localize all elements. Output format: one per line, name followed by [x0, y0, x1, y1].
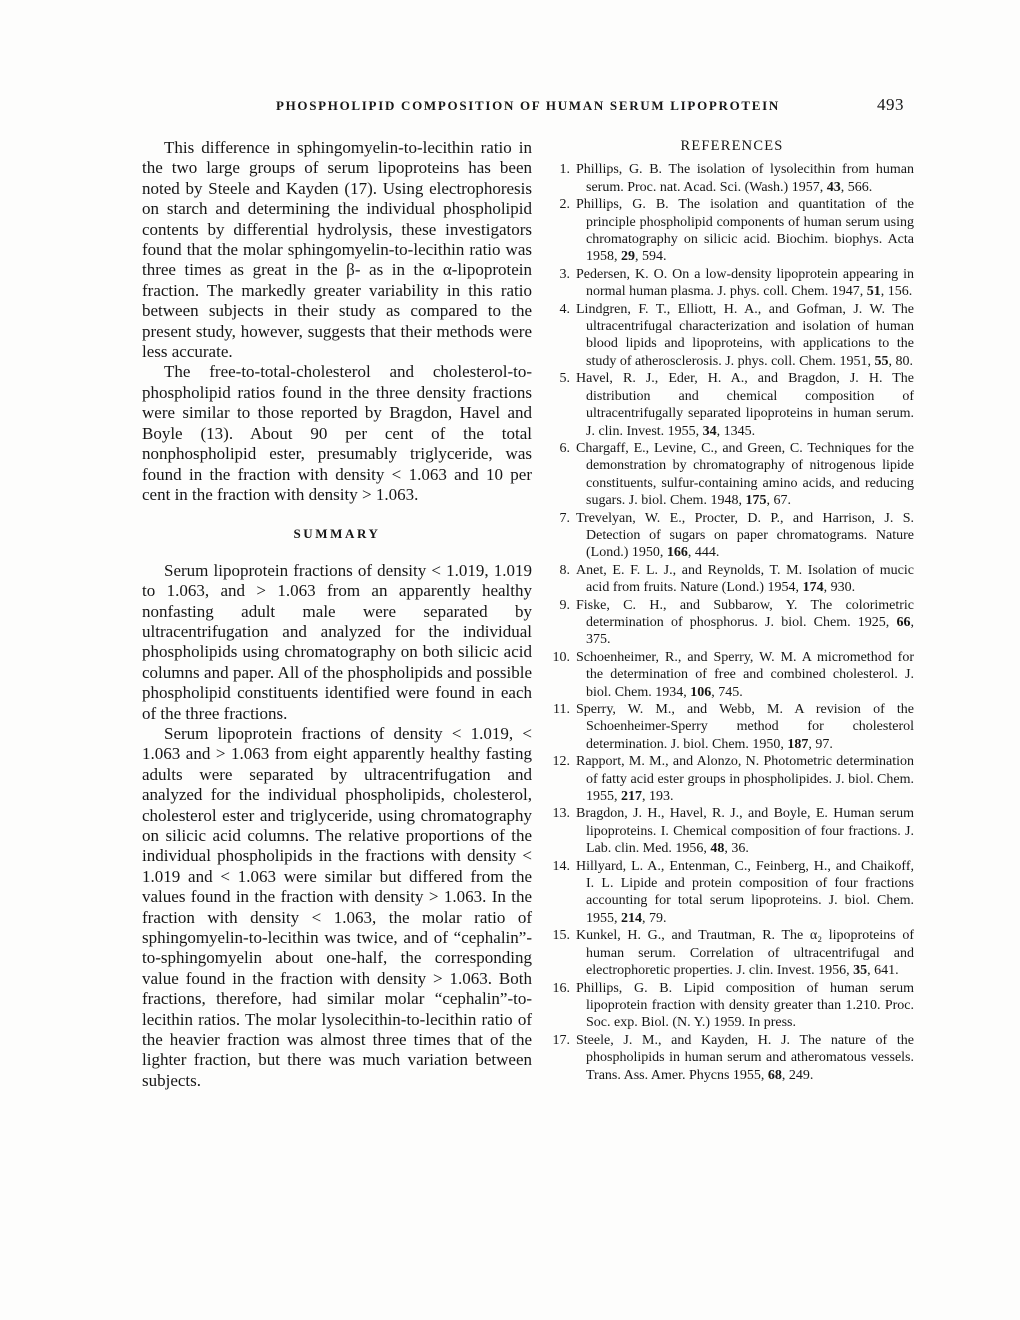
summary-paragraph: Serum lipoprotein fractions of density <… [142, 724, 532, 1091]
reference-number: 13. [550, 805, 570, 822]
reference-volume: 217 [621, 789, 642, 804]
reference-number: 2. [550, 196, 570, 213]
reference-text: Schoenheimer, R., and Sperry, W. M. A mi… [576, 650, 914, 700]
reference-volume: 68 [768, 1068, 782, 1083]
reference-volume: 48 [710, 841, 724, 856]
reference-item: 11.Sperry, W. M., and Webb, M. A revisio… [550, 701, 914, 753]
reference-volume: 55 [875, 354, 889, 369]
reference-pages: , 641. [867, 963, 899, 978]
references-list: 1.Phillips, G. B. The isolation of lysol… [550, 161, 914, 1084]
page-header: PHOSPHOLIPID COMPOSITION OF HUMAN SERUM … [142, 98, 914, 120]
reference-item: 12.Rapport, M. M., and Alonzo, N. Photom… [550, 753, 914, 805]
reference-item: 9.Fiske, C. H., and Subbarow, Y. The col… [550, 597, 914, 649]
reference-text: Steele, J. M., and Kayden, H. J. The nat… [576, 1033, 914, 1083]
reference-item: 14.Hillyard, L. A., Entenman, C., Feinbe… [550, 858, 914, 928]
reference-pages: , 930. [824, 580, 856, 595]
reference-item: 6.Chargaff, E., Levine, C., and Green, C… [550, 440, 914, 510]
reference-text: Lindgren, F. T., Elliott, H. A., and Gof… [576, 302, 914, 369]
reference-number: 3. [550, 266, 570, 283]
reference-number: 11. [550, 701, 570, 718]
reference-number: 5. [550, 370, 570, 387]
reference-pages: , 79. [642, 911, 667, 926]
reference-number: 16. [550, 980, 570, 997]
reference-pages: , 1345. [717, 424, 756, 439]
reference-number: 6. [550, 440, 570, 457]
reference-item: 5.Havel, R. J., Eder, H. A., and Bragdon… [550, 370, 914, 440]
reference-pages: , 67. [766, 493, 791, 508]
reference-number: 4. [550, 301, 570, 318]
reference-volume: 35 [853, 963, 867, 978]
reference-pages: , 97. [808, 737, 833, 752]
reference-pages: , 594. [635, 249, 667, 264]
references-heading: REFERENCES [550, 138, 914, 155]
reference-item: 1.Phillips, G. B. The isolation of lysol… [550, 161, 914, 196]
reference-pages: , 745. [711, 685, 743, 700]
page-number: 493 [877, 95, 904, 115]
body-paragraph: This difference in sphingomyelin-to-leci… [142, 138, 532, 362]
summary-heading: SUMMARY [142, 524, 532, 544]
reference-pages: , 80. [889, 354, 914, 369]
running-title: PHOSPHOLIPID COMPOSITION OF HUMAN SERUM … [142, 98, 914, 114]
reference-number: 10. [550, 649, 570, 666]
reference-pages: , 193. [642, 789, 674, 804]
reference-volume: 106 [690, 685, 711, 700]
two-column-body: This difference in sphingomyelin-to-leci… [142, 138, 914, 1091]
reference-text: Trevelyan, W. E., Procter, D. P., and Ha… [576, 511, 914, 561]
reference-number: 17. [550, 1032, 570, 1049]
page-content: PHOSPHOLIPID COMPOSITION OF HUMAN SERUM … [142, 98, 914, 1091]
reference-pages: , 444. [688, 545, 720, 560]
reference-number: 8. [550, 562, 570, 579]
reference-volume: 175 [745, 493, 766, 508]
reference-volume: 166 [667, 545, 688, 560]
reference-volume: 43 [827, 180, 841, 195]
reference-item: 16.Phillips, G. B. Lipid composition of … [550, 980, 914, 1032]
reference-pages: , 249. [782, 1068, 814, 1083]
reference-number: 12. [550, 753, 570, 770]
left-column: This difference in sphingomyelin-to-leci… [142, 138, 532, 1091]
reference-pages: , 36. [724, 841, 749, 856]
reference-item: 4.Lindgren, F. T., Elliott, H. A., and G… [550, 301, 914, 371]
reference-number: 1. [550, 161, 570, 178]
reference-number: 15. [550, 927, 570, 944]
right-column: REFERENCES 1.Phillips, G. B. The isolati… [550, 138, 914, 1084]
reference-number: 14. [550, 858, 570, 875]
reference-item: 13.Bragdon, J. H., Havel, R. J., and Boy… [550, 805, 914, 857]
reference-item: 2.Phillips, G. B. The isolation and quan… [550, 196, 914, 266]
body-paragraph: The free-to-total-cholesterol and choles… [142, 362, 532, 505]
reference-item: 15.Kunkel, H. G., and Trautman, R. The α… [550, 927, 914, 979]
summary-paragraph: Serum lipoprotein fractions of density <… [142, 561, 532, 724]
reference-text: Fiske, C. H., and Subbarow, Y. The color… [576, 598, 914, 630]
reference-pages: , 156. [881, 284, 913, 299]
reference-volume: 66 [897, 615, 911, 630]
journal-page: PHOSPHOLIPID COMPOSITION OF HUMAN SERUM … [0, 0, 1020, 1320]
reference-volume: 29 [621, 249, 635, 264]
reference-number: 9. [550, 597, 570, 614]
reference-text: Sperry, W. M., and Webb, M. A revision o… [576, 702, 914, 752]
reference-item: 7.Trevelyan, W. E., Procter, D. P., and … [550, 510, 914, 562]
reference-number: 7. [550, 510, 570, 527]
reference-item: 8.Anet, E. F. L. J., and Reynolds, T. M.… [550, 562, 914, 597]
reference-item: 17.Steele, J. M., and Kayden, H. J. The … [550, 1032, 914, 1084]
reference-text: Pedersen, K. O. On a low-density lipopro… [576, 267, 914, 299]
reference-volume: 214 [621, 911, 642, 926]
reference-item: 10.Schoenheimer, R., and Sperry, W. M. A… [550, 649, 914, 701]
reference-text: Anet, E. F. L. J., and Reynolds, T. M. I… [576, 563, 914, 595]
reference-pages: , 566. [841, 180, 873, 195]
reference-item: 3.Pedersen, K. O. On a low-density lipop… [550, 266, 914, 301]
reference-volume: 51 [867, 284, 881, 299]
reference-volume: 174 [803, 580, 824, 595]
reference-text: Phillips, G. B. Lipid composition of hum… [576, 981, 914, 1031]
reference-volume: 34 [703, 424, 717, 439]
reference-volume: 187 [787, 737, 808, 752]
